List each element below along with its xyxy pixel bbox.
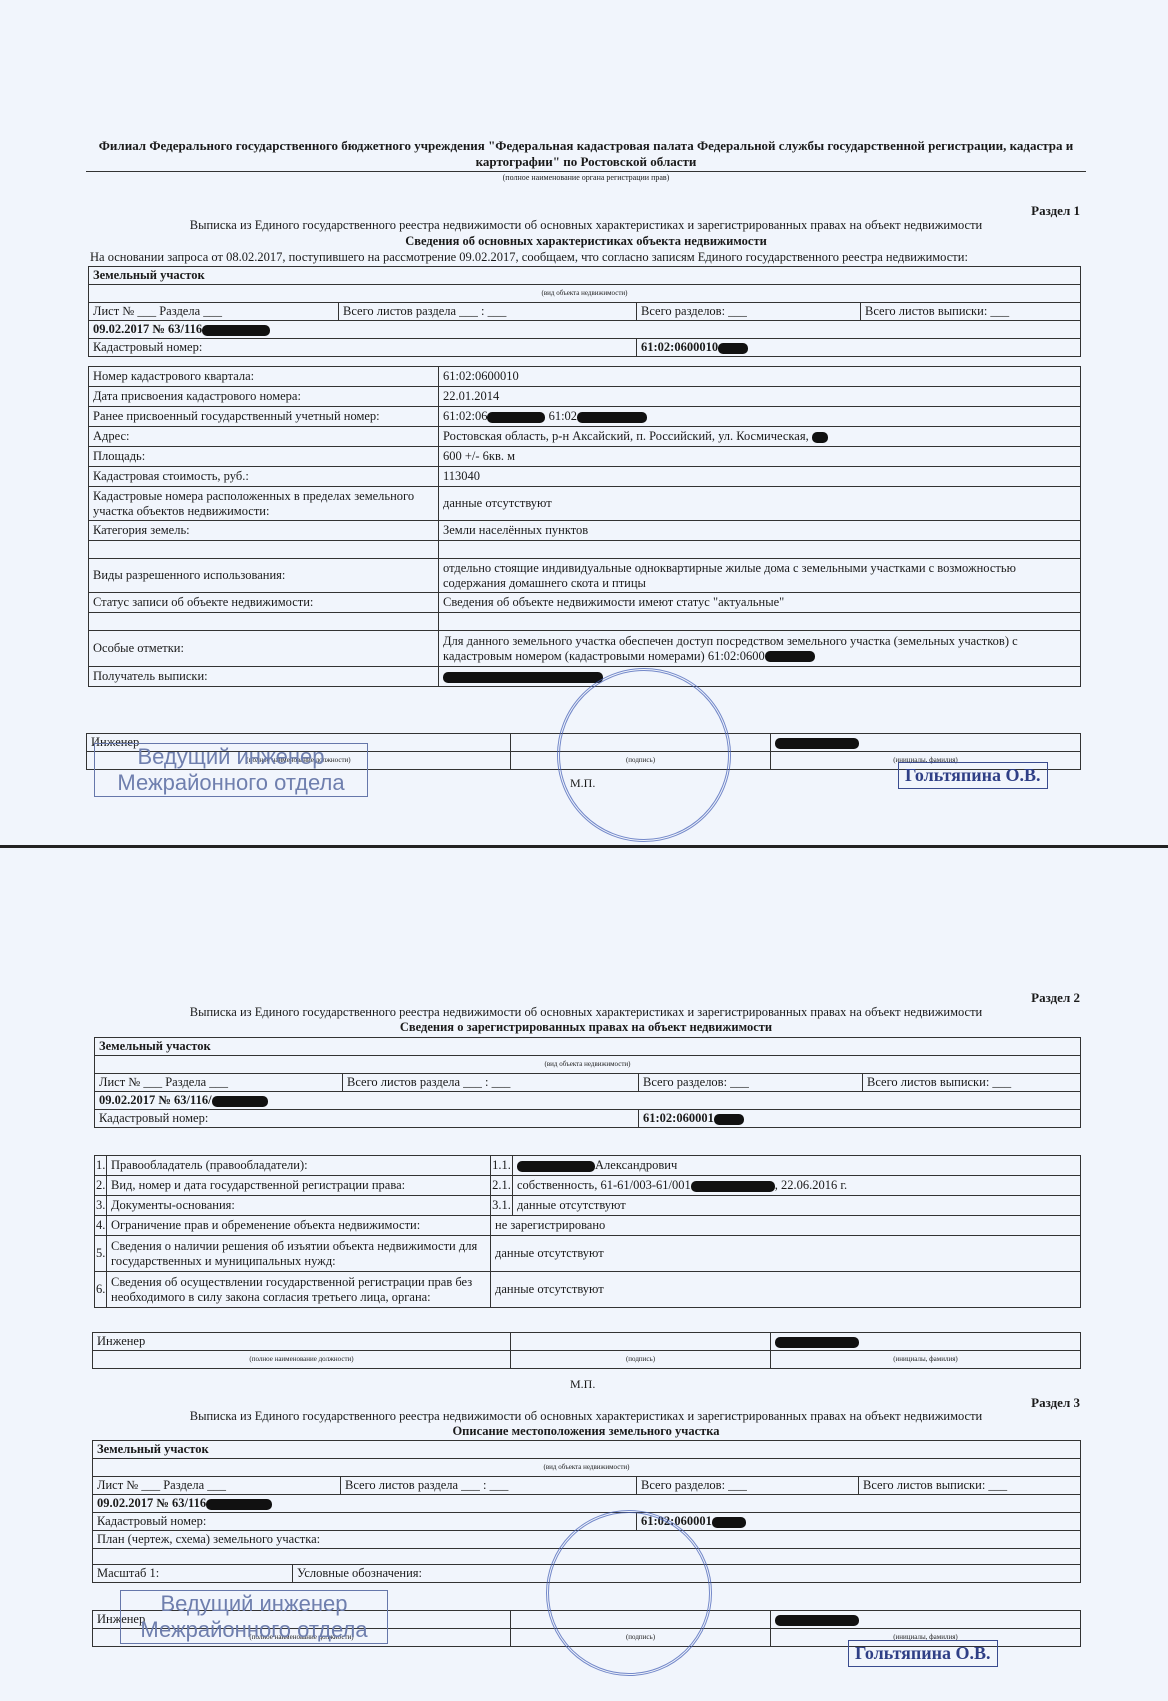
row-label (89, 541, 439, 559)
row-value: отдельно стоящие индивидуальные одноквар… (439, 559, 1081, 593)
stamp-line-2: Межрайонного отдела (95, 770, 367, 796)
sheets-in-section: Всего листов раздела ___ : ___ (343, 1074, 639, 1092)
row-subnumber: 2.1. (491, 1176, 513, 1196)
row-label: Ранее присвоенный государственный учетны… (89, 407, 439, 427)
seal-place-label: М.П. (570, 1377, 595, 1392)
initials-cell (771, 1333, 1081, 1351)
position: Инженер (93, 1333, 511, 1351)
header-table: Земельный участок (вид объекта недвижимо… (94, 1037, 1081, 1128)
row-label: Особые отметки: (89, 631, 439, 667)
total-sheets: Всего листов выписки: ___ (861, 303, 1081, 321)
row-value: Сведения об объекте недвижимости имеют с… (439, 593, 1081, 613)
redaction-mark (212, 1096, 268, 1107)
total-sheets: Всего листов выписки: ___ (863, 1074, 1081, 1092)
extract-number: 09.02.2017 № 63/116 (93, 322, 202, 336)
extract-title: Выписка из Единого государственного реес… (86, 1005, 1086, 1020)
row-label: Категория земель: (89, 521, 439, 541)
row-value: данные отсутствуют (491, 1236, 1081, 1272)
scale-label: Масштаб 1: (93, 1565, 293, 1583)
section-2-title: Сведения о зарегистрированных правах на … (86, 1020, 1086, 1035)
owner-name: Александрович (595, 1158, 677, 1172)
cadastral-label: Кадастровый номер: (89, 339, 637, 357)
extract-number-cell: 09.02.2017 № 63/116 (89, 321, 1081, 339)
row-number: 6. (95, 1272, 107, 1308)
row-label: Площадь: (89, 447, 439, 467)
redaction-mark (775, 1337, 859, 1348)
row-number: 1. (95, 1156, 107, 1176)
redaction-mark (775, 738, 859, 749)
redaction-mark (775, 1615, 859, 1626)
cadastral-value-cell: 61:02:0600010 (637, 339, 1081, 357)
row-label (89, 613, 439, 631)
row-subnumber: 1.1. (491, 1156, 513, 1176)
official-seal (546, 1510, 712, 1676)
row-label: Дата присвоения кадастрового номера: (89, 387, 439, 407)
object-type-caption: (вид объекта недвижимости) (89, 285, 1081, 303)
sheet-number: Лист № ___ Раздела ___ (93, 1477, 341, 1495)
redaction-mark (517, 1161, 595, 1172)
redaction-mark (812, 432, 828, 443)
extract-number-cell: 09.02.2017 № 63/116 (93, 1495, 1081, 1513)
row-label: Вид, номер и дата государственной регист… (107, 1176, 491, 1196)
organization-caption: (полное наименование органа регистрации … (86, 173, 1086, 182)
row-value: данные отсутствуют (491, 1272, 1081, 1308)
redaction-mark (206, 1499, 272, 1510)
redaction-mark (691, 1181, 775, 1192)
sheet-number: Лист № ___ Раздела ___ (95, 1074, 343, 1092)
registry-organization-name: Филиал Федерального государственного бюд… (86, 138, 1086, 170)
stamp-line-1: Ведущий инженер (121, 1591, 387, 1617)
cadastral-value: 61:02:0600010 (641, 340, 718, 354)
redaction-mark (714, 1114, 744, 1125)
total-sections: Всего разделов: ___ (637, 1477, 859, 1495)
position-stamp: Ведущий инженер Межрайонного отдела (120, 1590, 388, 1644)
official-seal (557, 668, 731, 842)
stamp-line-2: Межрайонного отдела (121, 1617, 387, 1643)
row-label: Статус записи об объекте недвижимости: (89, 593, 439, 613)
address-value: Ростовская область, р-н Аксайский, п. Ро… (443, 429, 809, 443)
row-value: 113040 (439, 467, 1081, 487)
section-label: Раздел 1 (1031, 203, 1080, 219)
sheets-in-section: Всего листов раздела ___ : ___ (339, 303, 637, 321)
row-value: данные отсутствуют (439, 487, 1081, 521)
row-value: 61:02:06 61:02 (439, 407, 1081, 427)
object-type-caption: (вид объекта недвижимости) (95, 1056, 1081, 1074)
section-title: Сведения об основных характеристиках объ… (86, 234, 1086, 249)
section-2-label: Раздел 2 (1031, 990, 1080, 1006)
row-label: Виды разрешенного использования: (89, 559, 439, 593)
row-label: Номер кадастрового квартала: (89, 367, 439, 387)
name-stamp: Гольтяпина О.В. (898, 762, 1048, 789)
stamp-line-1: Ведущий инженер (95, 744, 367, 770)
row-value: Земли населённых пунктов (439, 521, 1081, 541)
request-basis-text: На основании запроса от 08.02.2017, пост… (90, 250, 1090, 265)
name-stamp: Гольтяпина О.В. (848, 1640, 998, 1667)
row-value: Александрович (513, 1156, 1081, 1176)
sheet-number: Лист № ___ Раздела ___ (89, 303, 339, 321)
row-label: Получатель выписки: (89, 667, 439, 687)
cadastral-value-cell: 61:02:060001 (637, 1513, 1081, 1531)
row-number: 2. (95, 1176, 107, 1196)
row-value: Для данного земельного участка обеспечен… (439, 631, 1081, 667)
redaction-mark (577, 412, 647, 423)
section-3-title: Описание местоположения земельного участ… (86, 1424, 1086, 1439)
registration-date: , 22.06.2016 г. (775, 1178, 847, 1192)
page-section-1: Филиал Федерального государственного бюд… (0, 0, 1168, 848)
rights-table: 1.Правообладатель (правообладатели):1.1.… (94, 1155, 1081, 1308)
row-value (439, 667, 1081, 687)
row-number: 3. (95, 1196, 107, 1216)
extract-number: 09.02.2017 № 63/116/ (99, 1093, 212, 1107)
extract-number-cell: 09.02.2017 № 63/116/ (95, 1092, 1081, 1110)
redaction-mark (718, 343, 748, 354)
row-label: Правообладатель (правообладатели): (107, 1156, 491, 1176)
row-value: Ростовская область, р-н Аксайский, п. Ро… (439, 427, 1081, 447)
row-label: Сведения об осуществлении государственно… (107, 1272, 491, 1308)
cadastral-label: Кадастровый номер: (93, 1513, 637, 1531)
object-type: Земельный участок (93, 1441, 1081, 1459)
redaction-mark (765, 651, 815, 662)
cadastral-value: 61:02:060001 (643, 1111, 714, 1125)
characteristics-table: Номер кадастрового квартала:61:02:060001… (88, 366, 1081, 687)
extract-title: Выписка из Единого государственного реес… (86, 218, 1086, 233)
row-value: собственность, 61-61/003-61/001, 22.06.2… (513, 1176, 1081, 1196)
row-value: 600 +/- 6кв. м (439, 447, 1081, 467)
redaction-mark (202, 325, 270, 336)
row-value (439, 613, 1081, 631)
row-label: Кадастровые номера расположенных в преде… (89, 487, 439, 521)
row-label: Документы-основания: (107, 1196, 491, 1216)
total-sections: Всего разделов: ___ (637, 303, 861, 321)
page-sections-2-3: Раздел 2 Выписка из Единого государствен… (0, 850, 1168, 1701)
cadastral-value-cell: 61:02:060001 (639, 1110, 1081, 1128)
signature-caption: (подпись) (511, 1351, 771, 1369)
row-label: Ограничение прав и обременение объекта н… (107, 1216, 491, 1236)
header-table: Земельный участок (вид объекта недвижимо… (88, 266, 1081, 357)
position-caption: (полное наименование должности) (93, 1351, 511, 1369)
signature-cell (511, 1333, 771, 1351)
initials-cell (771, 1611, 1081, 1629)
row-value: 22.01.2014 (439, 387, 1081, 407)
row-number: 5. (95, 1236, 107, 1272)
sheets-in-section: Всего листов раздела ___ : ___ (341, 1477, 637, 1495)
signature-table: Инженер (полное наименование должности)(… (92, 1332, 1081, 1369)
redaction-mark (443, 672, 603, 683)
row-value: 61:02:0600010 (439, 367, 1081, 387)
initials-caption: (инициалы, фамилия) (771, 1351, 1081, 1369)
row-label: Адрес: (89, 427, 439, 447)
initials-cell (771, 734, 1081, 752)
row-value: данные отсутствуют (513, 1196, 1081, 1216)
row-subnumber: 3.1. (491, 1196, 513, 1216)
object-type: Земельный участок (95, 1038, 1081, 1056)
redaction-mark (712, 1517, 746, 1528)
redaction-mark (487, 412, 545, 423)
row-label: Кадастровая стоимость, руб.: (89, 467, 439, 487)
row-label: Сведения о наличии решения об изъятии об… (107, 1236, 491, 1272)
row-value (439, 541, 1081, 559)
special-notes-value: Для данного земельного участка обеспечен… (443, 634, 1018, 663)
total-sections: Всего разделов: ___ (639, 1074, 863, 1092)
total-sheets: Всего листов выписки: ___ (859, 1477, 1081, 1495)
object-type-caption: (вид объекта недвижимости) (93, 1459, 1081, 1477)
seal-place-label: М.П. (570, 776, 595, 791)
extract-title: Выписка из Единого государственного реес… (86, 1409, 1086, 1424)
cadastral-label: Кадастровый номер: (95, 1110, 639, 1128)
previous-number-2: 61:02 (549, 409, 577, 423)
registration-value: собственность, 61-61/003-61/001 (517, 1178, 691, 1192)
extract-number: 09.02.2017 № 63/116 (97, 1496, 206, 1510)
row-number: 4. (95, 1216, 107, 1236)
position-stamp: Ведущий инженер Межрайонного отдела (94, 743, 368, 797)
object-type: Земельный участок (89, 267, 1081, 285)
row-value: не зарегистрировано (491, 1216, 1081, 1236)
previous-number-1: 61:02:06 (443, 409, 487, 423)
divider (86, 171, 1086, 172)
